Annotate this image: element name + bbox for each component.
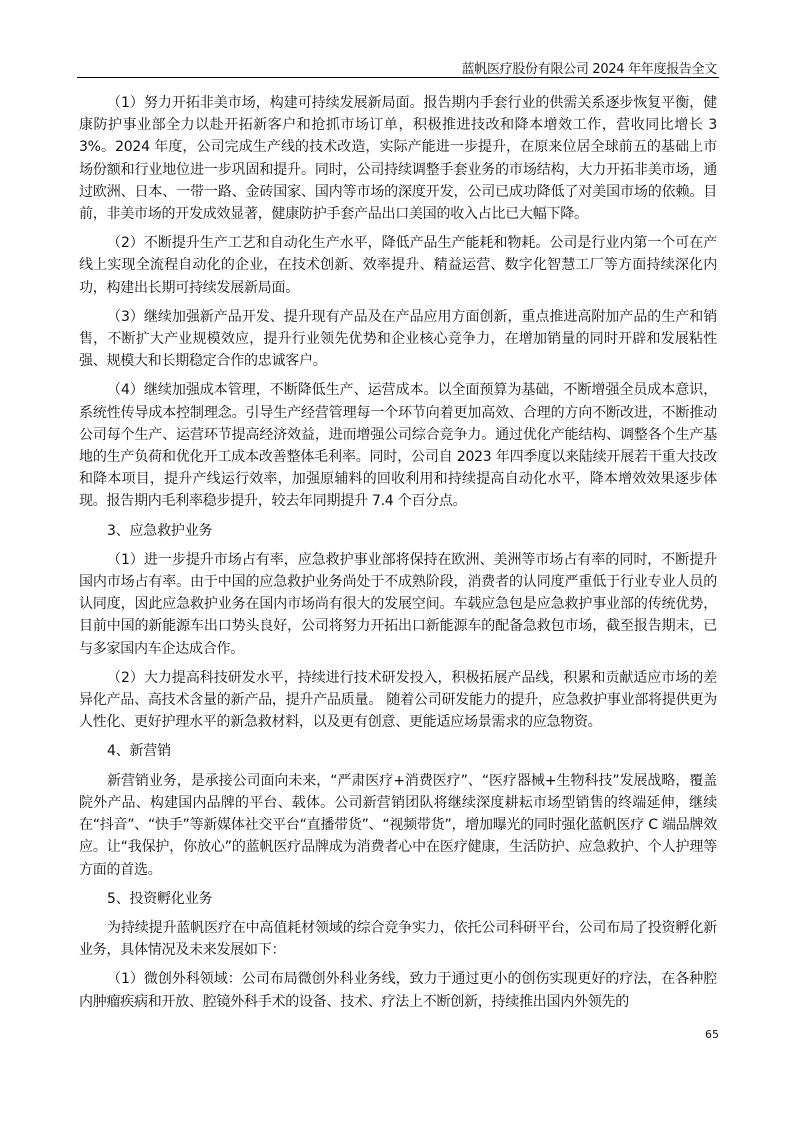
paragraph-non-us-market: （1）努力开拓非美市场，构建可持续发展新局面。报告期内手套行业的供需关系逐步恢复…	[79, 92, 717, 225]
paragraph-market-share: （1）进一步提升市场占有率，应急救护事业部将保持在欧洲、美洲等市场占有率的同时，…	[79, 549, 717, 660]
paragraph-new-product: （3）继续加强新产品开发、提升现有产品及在产品应用方面创新，重点推进高附加产品的…	[79, 306, 717, 373]
paragraph-minimally-invasive: （1）微创外科领域：公司布局微创外科业务线，致力于通过更小的创伤实现更好的疗法，…	[79, 968, 717, 1012]
paragraph-rnd: （2）大力提高科技研发水平，持续进行技术研发投入，积极拓展产品线，积累和贡献适应…	[79, 667, 717, 734]
section-heading-investment-incubation: 5、投资孵化业务	[79, 888, 717, 910]
report-title: 蓝帆医疗股份有限公司 2024 年年度报告全文	[462, 58, 717, 77]
paragraph-production-automation: （2）不断提升生产工艺和自动化生产水平，降低产品生产能耗和物耗。公司是行业内第一…	[79, 232, 717, 299]
paragraph-new-marketing: 新营销业务，是承接公司面向未来，“严肃医疗+消费医疗”、“医疗器械+生物科技”发…	[79, 770, 717, 881]
page-number: 65	[705, 1028, 719, 1041]
paragraph-incubation-intro: 为持续提升蓝帆医疗在中高值耗材领域的综合竞争实力，依托公司科研平台，公司布局了投…	[79, 917, 717, 961]
page-header: 蓝帆医疗股份有限公司 2024 年年度报告全文	[77, 56, 719, 78]
paragraph-cost-management: （4）继续加强成本管理，不断降低生产、运营成本。以全面预算为基础，不断增强全员成…	[79, 379, 717, 512]
document-body: （1）努力开拓非美市场，构建可持续发展新局面。报告期内手套行业的供需关系逐步恢复…	[79, 92, 717, 1020]
section-heading-emergency-care: 3、应急救护业务	[79, 520, 717, 542]
section-heading-new-marketing: 4、新营销	[79, 740, 717, 762]
